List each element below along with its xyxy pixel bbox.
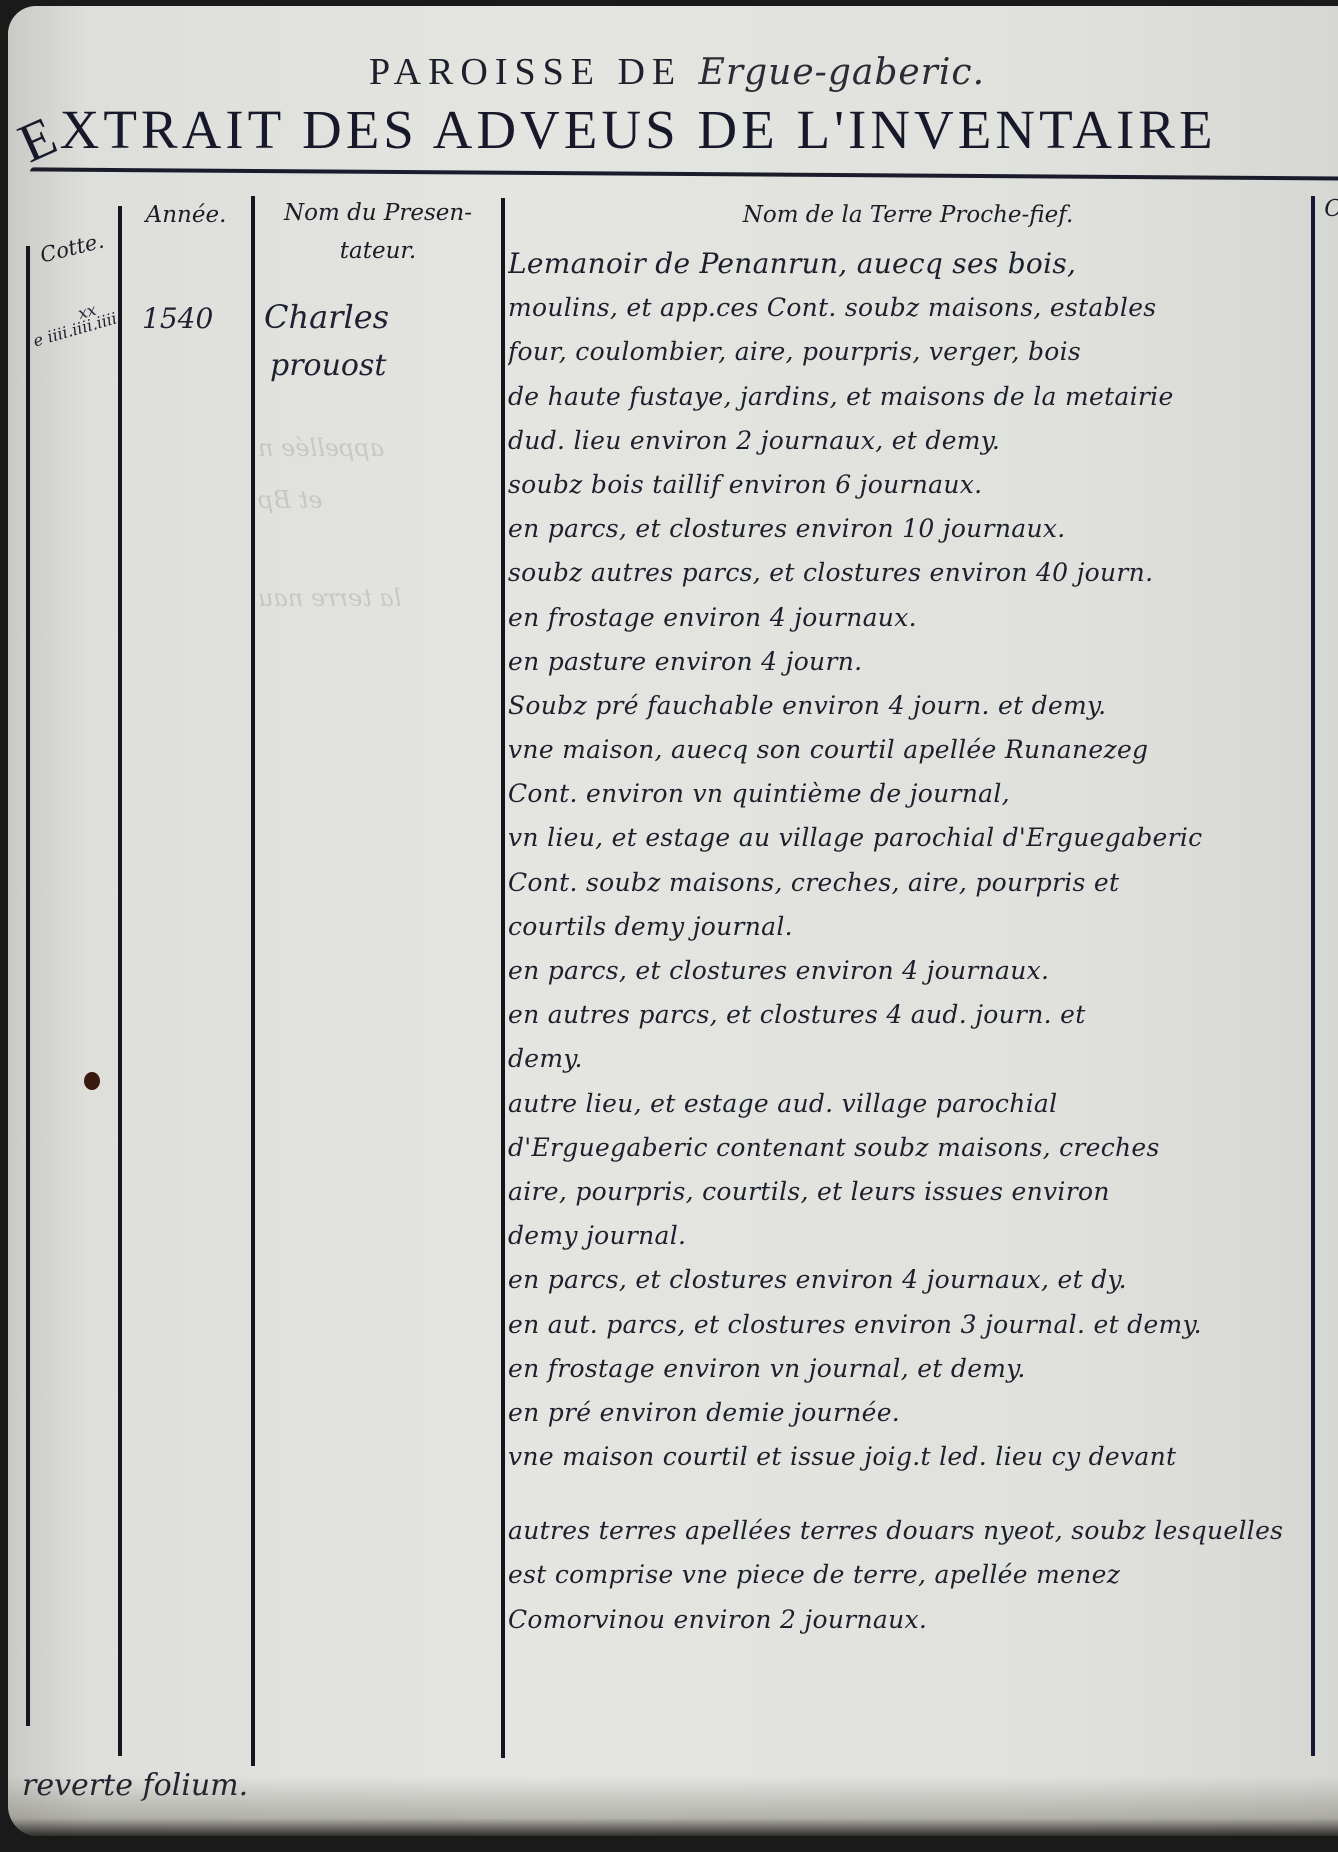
entry-line: Cont. environ vn quintième de journal, [508,772,1308,816]
entry-line: Comorvinou environ 2 journaux. [508,1598,1308,1642]
entry-line: soubz autres parcs, et clostures environ… [508,551,1308,595]
entry-line: aire, pourpris, courtils, et leurs issue… [508,1170,1308,1214]
entry-line [508,1479,1308,1509]
column-divider-2 [118,206,122,1756]
document-title: EXTRAIT DES ADVEUS DE L'INVENTAIRE [22,98,1338,161]
column-header-annee: Année. [126,202,246,228]
entry-line: est comprise vne piece de terre, apellée… [508,1553,1308,1597]
column-divider-1 [26,246,30,1726]
entry-line: en frostage environ 4 journaux. [508,596,1308,640]
entry-line: demy. [508,1037,1308,1081]
column-header-terre: Nom de la Terre Proche-fief. [508,202,1308,228]
margin-note: reverte folium. [22,1768,248,1803]
parish-heading: PAROISSE DE Ergue-gaberic. [8,50,1338,94]
entry-line: de haute fustaye, jardins, et maisons de… [508,375,1308,419]
entry-line: vne maison courtil et issue joig.t led. … [508,1435,1308,1479]
column-divider-3 [251,196,255,1766]
title-text: XTRAIT DES ADVEUS DE L'INVENTAIRE [60,99,1217,160]
entry-line: Soubz pré fauchable environ 4 journ. et … [508,684,1308,728]
entry-line: en parcs, et clostures environ 4 journau… [508,1258,1308,1302]
parish-name: Ergue-gaberic. [699,52,985,93]
annee-value: 1540 [142,302,213,335]
column-header-presentateur-1: Nom du Presen- [258,200,498,226]
column-header-cotte: Cotte. [30,227,113,270]
bleed-through-text: appellée n [258,434,384,462]
entry-line: vn lieu, et estage au village parochial … [508,816,1308,860]
entry-line: en aut. parcs, et clostures environ 3 jo… [508,1303,1308,1347]
header-rule [30,167,1338,180]
land-description-list: Lemanoir de Penanrun, auecq ses bois, mo… [508,242,1308,1642]
column-divider-4 [501,198,505,1758]
column-header-last: C [1320,196,1338,222]
entry-line: en parcs, et clostures environ 10 journa… [508,507,1308,551]
presentateur-first-name: Charles [264,298,389,336]
column-divider-5 [1311,196,1315,1756]
bleed-through-text: et Bp [258,486,322,514]
entry-line: soubz bois taillif environ 6 journaux. [508,463,1308,507]
entry-line: four, coulombier, aire, pourpris, verger… [508,330,1308,374]
column-header-presentateur-2: tateur. [258,238,498,264]
parish-label: PAROISSE DE [369,51,682,93]
entry-line: Cont. soubz maisons, creches, aire, pour… [508,861,1308,905]
entry-line: demy journal. [508,1214,1308,1258]
entry-line: en frostage environ vn journal, et demy. [508,1347,1308,1391]
cotte-value: e iiii.iiii.iiii [31,308,119,350]
ink-stain [84,1072,100,1090]
register-page: PAROISSE DE Ergue-gaberic. EXTRAIT DES A… [8,6,1338,1836]
bleed-through-text: la terre nau [258,584,401,612]
entry-line: courtils demy journal. [508,905,1308,949]
entry-line: autre lieu, et estage aud. village paroc… [508,1082,1308,1126]
entry-line: en parcs, et clostures environ 4 journau… [508,949,1308,993]
entry-line: Lemanoir de Penanrun, auecq ses bois, [508,242,1308,286]
entry-line: en autres parcs, et clostures 4 aud. jou… [508,993,1308,1037]
entry-line: autres terres apellées terres douars nye… [508,1509,1308,1553]
presentateur-last-name: prouost [270,348,386,383]
entry-line: en pasture environ 4 journ. [508,640,1308,684]
entry-line: en pré environ demie journée. [508,1391,1308,1435]
entry-line: vne maison, auecq son courtil apellée Ru… [508,728,1308,772]
entry-line: moulins, et app.ces Cont. soubz maisons,… [508,286,1308,330]
entry-line: dud. lieu environ 2 journaux, et demy. [508,419,1308,463]
entry-line: d'Erguegaberic contenant soubz maisons, … [508,1126,1308,1170]
